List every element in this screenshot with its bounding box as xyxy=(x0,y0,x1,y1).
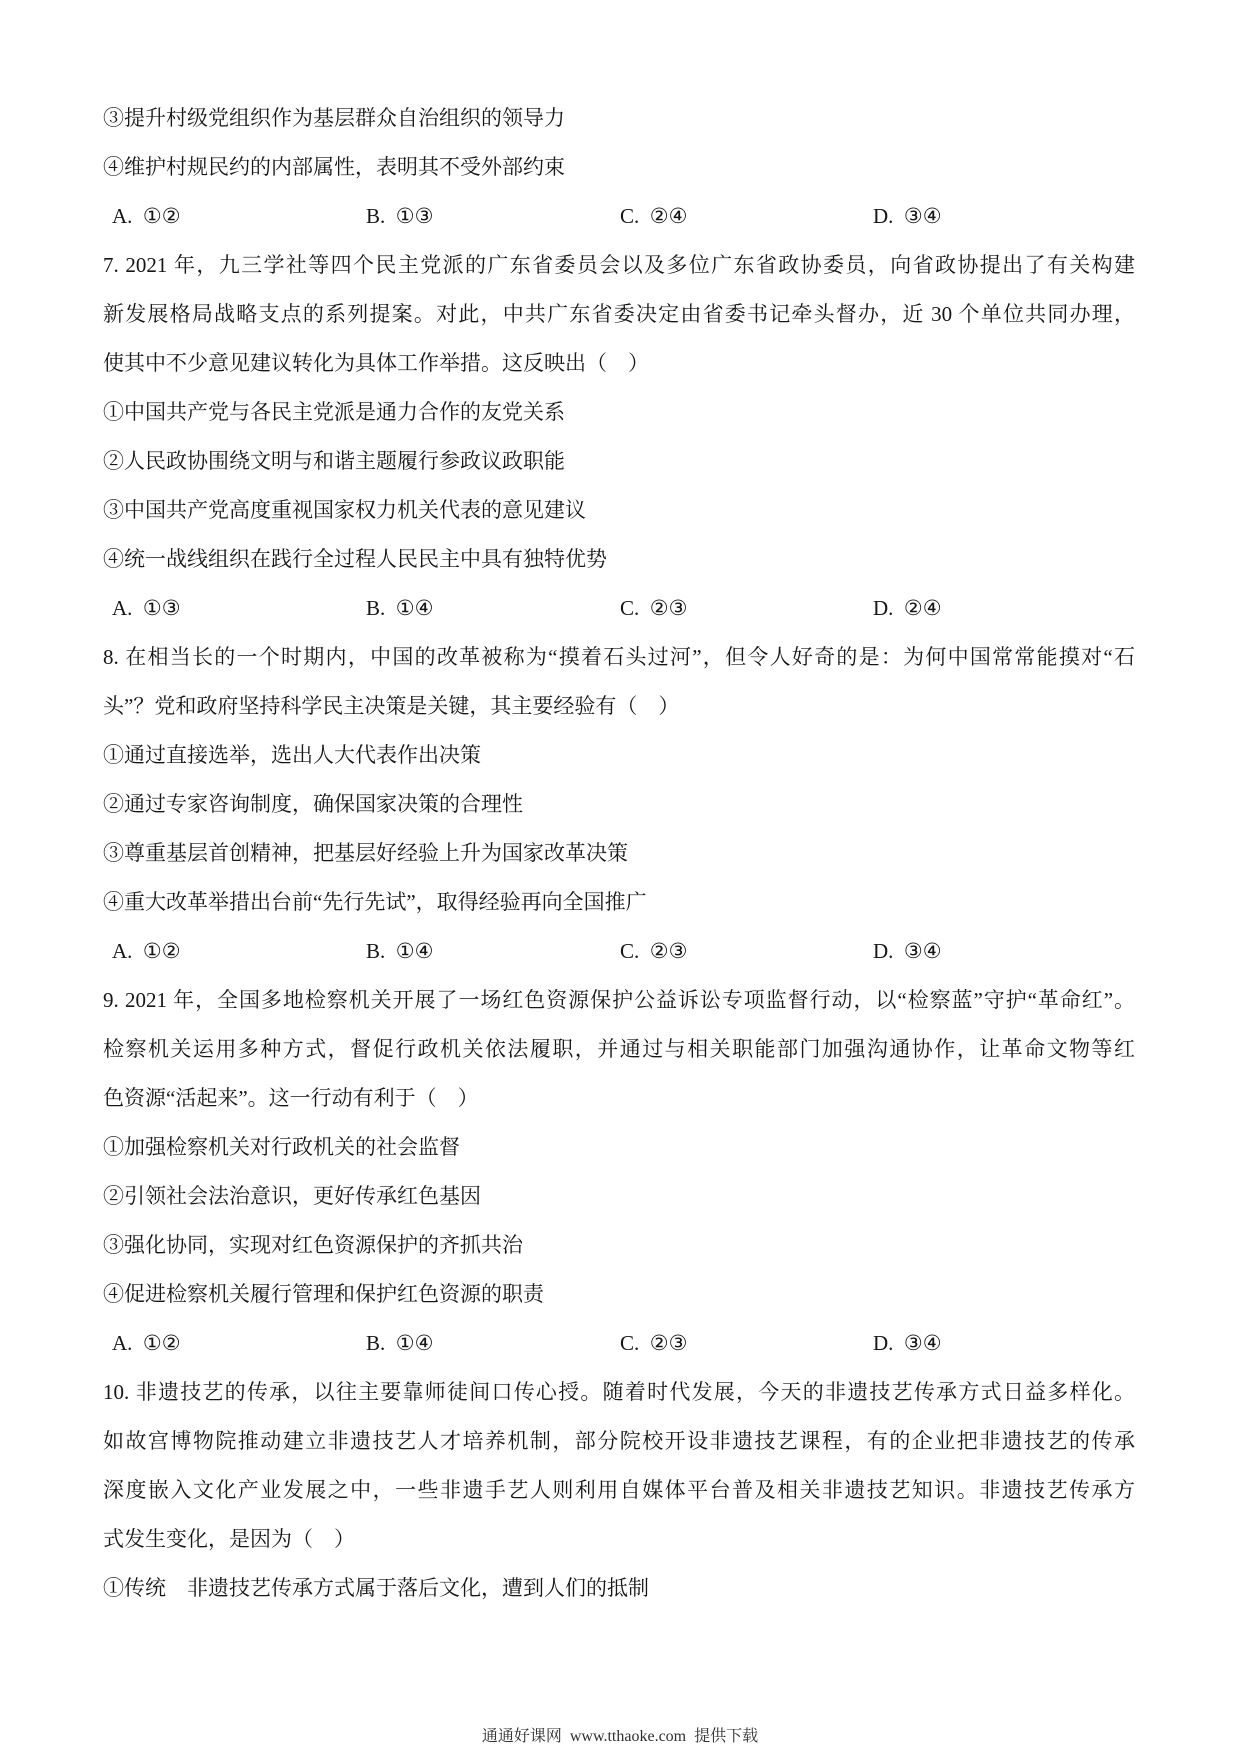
text-line: ③强化协同，实现对红色资源保护的齐抓共治 xyxy=(103,1221,1135,1270)
choice-option: B. ①④ xyxy=(366,927,620,976)
text-line: ②通过专家咨询制度，确保国家决策的合理性 xyxy=(103,780,1135,829)
text-line: ①通过直接选举，选出人大代表作出决策 xyxy=(103,731,1135,780)
choice-option: D. ③④ xyxy=(873,1319,942,1368)
text-line: ④统一战线组织在践行全过程人民民主中具有独特优势 xyxy=(103,535,1135,584)
text-line: ④维护村规民约的内部属性，表明其不受外部约束 xyxy=(103,143,1135,192)
choice-option: D. ②④ xyxy=(873,584,942,633)
exam-paper-page: ③提升村级党组织作为基层群众自治组织的领导力④维护村规民约的内部属性，表明其不受… xyxy=(0,0,1240,1754)
choice-option: C. ②③ xyxy=(620,927,873,976)
choice-option: B. ①③ xyxy=(366,192,620,241)
text-line: ①中国共产党与各民主党派是通力合作的友党关系 xyxy=(103,388,1135,437)
text-line: 新发展格局战略支点的系列提案。对此，中共广东省委决定由省委书记牵头督办，近 30… xyxy=(103,290,1135,339)
choice-option: B. ①④ xyxy=(366,584,620,633)
text-line: ②引领社会法治意识，更好传承红色基因 xyxy=(103,1172,1135,1221)
text-line: 7. 2021 年，九三学社等四个民主党派的广东省委员会以及多位广东省政协委员，… xyxy=(103,241,1135,290)
text-line: 如故宫博物院推动建立非遗技艺人才培养机制，部分院校开设非遗技艺课程，有的企业把非… xyxy=(103,1417,1135,1466)
choice-option: A. ①③ xyxy=(112,584,366,633)
text-line: ③尊重基层首创精神，把基层好经验上升为国家改革决策 xyxy=(103,829,1135,878)
text-line: 头”？党和政府坚持科学民主决策是关键，其主要经验有（ ） xyxy=(103,682,1135,731)
choice-row: A. ①②B. ①④C. ②③D. ③④ xyxy=(103,1319,1135,1368)
text-line: 8. 在相当长的一个时期内，中国的改革被称为“摸着石头过河”，但令人好奇的是：为… xyxy=(103,633,1135,682)
text-line: 9. 2021 年，全国多地检察机关开展了一场红色资源保护公益诉讼专项监督行动，… xyxy=(103,976,1135,1025)
choice-option: C. ②③ xyxy=(620,584,873,633)
choice-option: C. ②④ xyxy=(620,192,873,241)
text-line: 10. 非遗技艺的传承，以往主要靠师徒间口传心授。随着时代发展，今天的非遗技艺传… xyxy=(103,1368,1135,1417)
choice-option: B. ①④ xyxy=(366,1319,620,1368)
text-line: 色资源“活起来”。这一行动有利于（ ） xyxy=(103,1074,1135,1123)
text-line: 检察机关运用多种方式，督促行政机关依法履职，并通过与相关职能部门加强沟通协作，让… xyxy=(103,1025,1135,1074)
text-line: ④重大改革举措出台前“先行先试”，取得经验再向全国推广 xyxy=(103,878,1135,927)
choice-option: A. ①② xyxy=(112,927,366,976)
choice-option: A. ①② xyxy=(112,1319,366,1368)
choice-option: D. ③④ xyxy=(873,927,942,976)
choice-row: A. ①②B. ①③C. ②④D. ③④ xyxy=(103,192,1135,241)
text-line: 使其中不少意见建议转化为具体工作举措。这反映出（ ） xyxy=(103,339,1135,388)
text-line: 式发生变化，是因为（ ） xyxy=(103,1515,1135,1564)
text-line: ④促进检察机关履行管理和保护红色资源的职责 xyxy=(103,1270,1135,1319)
text-line: ②人民政协围绕文明与和谐主题履行参政议政职能 xyxy=(103,437,1135,486)
text-line: 深度嵌入文化产业发展之中，一些非遗手艺人则利用自媒体平台普及相关非遗技艺知识。非… xyxy=(103,1466,1135,1515)
text-line: ①传统 非遗技艺传承方式属于落后文化，遭到人们的抵制 xyxy=(103,1564,1135,1613)
footer-watermark: 通通好课网 www.tthaoke.com 提供下载 xyxy=(0,1725,1240,1749)
choice-option: D. ③④ xyxy=(873,192,942,241)
choice-option: A. ①② xyxy=(112,192,366,241)
choice-row: A. ①②B. ①④C. ②③D. ③④ xyxy=(103,927,1135,976)
text-line: ①加强检察机关对行政机关的社会监督 xyxy=(103,1123,1135,1172)
choice-row: A. ①③B. ①④C. ②③D. ②④ xyxy=(103,584,1135,633)
text-line: ③中国共产党高度重视国家权力机关代表的意见建议 xyxy=(103,486,1135,535)
document-lines: ③提升村级党组织作为基层群众自治组织的领导力④维护村规民约的内部属性，表明其不受… xyxy=(103,94,1135,1613)
text-line: ③提升村级党组织作为基层群众自治组织的领导力 xyxy=(103,94,1135,143)
choice-option: C. ②③ xyxy=(620,1319,873,1368)
